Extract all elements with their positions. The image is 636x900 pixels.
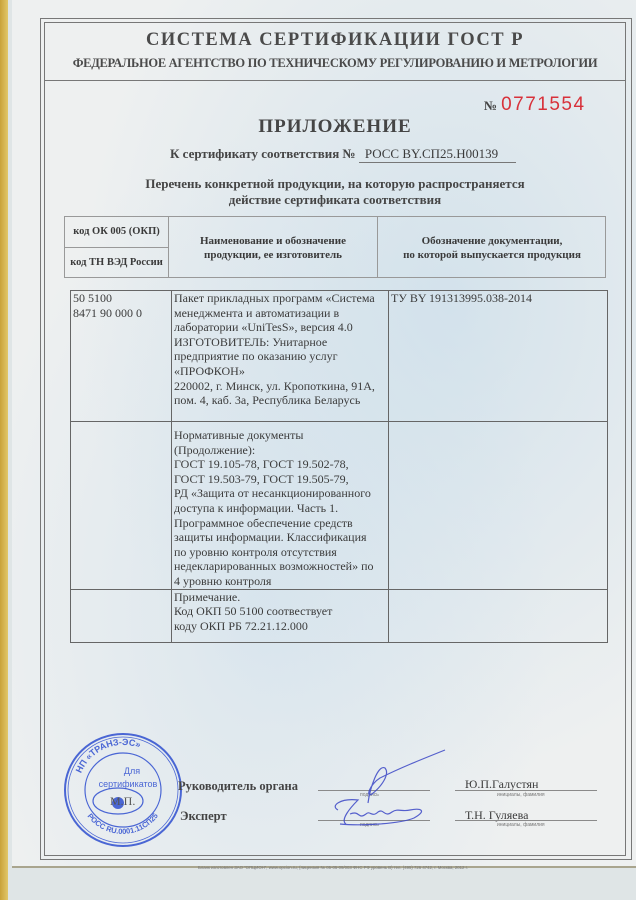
head-name-caption: инициалы, фамилия bbox=[497, 792, 545, 798]
cell-description-line: (Продолжение): bbox=[174, 443, 386, 458]
table-header: код ОК 005 (ОКП) код ТН ВЭД России Наиме… bbox=[64, 216, 606, 278]
cell-description: Примечание.Код ОКП 50 5100 соотвествуетк… bbox=[172, 589, 389, 642]
number-sign: № bbox=[484, 98, 497, 113]
cell-description-line: 4 уровню контроля bbox=[174, 574, 386, 589]
cell-documentation bbox=[389, 422, 608, 590]
list-title-line-1: Перечень конкретной продукции, на котору… bbox=[44, 176, 626, 192]
stamp-ring-bottom: РОСС RU.0001.11СП25 bbox=[86, 811, 160, 836]
cell-description-line: предприятие по оказанию услуг bbox=[174, 349, 386, 364]
form-number-value: 0771554 bbox=[501, 94, 585, 115]
header-product-name: Наименование и обозначение продукции, ее… bbox=[169, 217, 378, 277]
cell-documentation bbox=[389, 589, 608, 642]
cell-description-line: коду ОКП РБ 72.21.12.000 bbox=[174, 619, 386, 634]
cell-description-line: 220002, г. Минск, ул. Кропоткина, 91А, bbox=[174, 379, 386, 394]
cell-description-line: ГОСТ 19.105-78, ГОСТ 19.502-78, bbox=[174, 457, 386, 472]
cell-documentation-line: ТУ BY 191313995.038-2014 bbox=[391, 291, 605, 306]
cell-codes-line: 8471 90 000 0 bbox=[73, 306, 169, 321]
stamp-center-line-1: Для bbox=[124, 766, 140, 776]
cell-description-line: РД «Защита от несанкционированного bbox=[174, 486, 386, 501]
table-row: 50 51008471 90 000 0Пакет прикладных про… bbox=[71, 291, 608, 422]
print-info: Бланк изготовлен ЗАО "ОПЦИОН", www.opcio… bbox=[198, 865, 468, 870]
cell-description-line: по уровню контроля отсутствия bbox=[174, 545, 386, 560]
cell-description: Нормативные документы(Продолжение):ГОСТ … bbox=[172, 422, 389, 590]
table-row: Нормативные документы(Продолжение):ГОСТ … bbox=[71, 422, 608, 590]
agency-title: ФЕДЕРАЛЬНОЕ АГЕНТСТВО ПО ТЕХНИЧЕСКОМУ РЕ… bbox=[44, 56, 626, 71]
form-number: №0771554 bbox=[484, 94, 586, 116]
cell-description-line: Программное обеспечение средств bbox=[174, 516, 386, 531]
cell-codes: 50 51008471 90 000 0 bbox=[71, 291, 172, 422]
svg-text:РОСС RU.0001.11СП25: РОСС RU.0001.11СП25 bbox=[86, 811, 160, 836]
certificate-reference: К сертификату соответствия № РОСС BY.СП2… bbox=[170, 146, 516, 163]
cell-description-line: Код ОКП 50 5100 соотвествует bbox=[174, 604, 386, 619]
outer-mat-edge bbox=[0, 0, 8, 900]
cell-description-line: ИЗГОТОВИТЕЛЬ: Унитарное bbox=[174, 335, 386, 350]
cell-description-line: недекларированных возможностей» по bbox=[174, 559, 386, 574]
appendix-title: ПРИЛОЖЕНИЕ bbox=[44, 116, 626, 138]
table-row: Примечание.Код ОКП 50 5100 соотвествуетк… bbox=[71, 589, 608, 642]
cell-codes bbox=[71, 422, 172, 590]
handwritten-signature-icon bbox=[310, 748, 450, 830]
certificate-number: РОСС BY.СП25.Н00139 bbox=[359, 146, 516, 163]
cell-description-line: Нормативные документы bbox=[174, 428, 386, 443]
header-doc-line-2: по которой выпускается продукция bbox=[379, 248, 605, 262]
expert-name-caption: инициалы, фамилия bbox=[497, 822, 545, 828]
cell-codes bbox=[71, 589, 172, 642]
system-title: СИСТЕМА СЕРТИФИКАЦИИ ГОСТ Р bbox=[44, 30, 626, 51]
list-title-line-2: действие сертификата соответствия bbox=[44, 192, 626, 208]
certificate-label: К сертификату соответствия № bbox=[170, 146, 356, 161]
seal-label: М.П. bbox=[110, 794, 135, 808]
cell-description-line: менеджмента и автоматизации в bbox=[174, 306, 386, 321]
header-divider bbox=[44, 80, 626, 81]
header-tnved-code: код ТН ВЭД России bbox=[65, 248, 168, 277]
expert-name-line bbox=[455, 820, 597, 821]
header-product-line-2: продукции, ее изготовитель bbox=[169, 248, 377, 262]
header-okp-code: код ОК 005 (ОКП) bbox=[65, 217, 168, 248]
cell-description-line: Примечание. bbox=[174, 590, 386, 605]
head-of-body-label: Руководитель органа bbox=[178, 779, 298, 794]
list-title: Перечень конкретной продукции, на котору… bbox=[44, 176, 626, 208]
cell-description-line: пом. 4, каб. 3а, Республика Беларусь bbox=[174, 393, 386, 408]
cell-documentation: ТУ BY 191313995.038-2014 bbox=[389, 291, 608, 422]
expert-label: Эксперт bbox=[180, 809, 227, 824]
header-product-line-1: Наименование и обозначение bbox=[169, 234, 377, 248]
cell-description-line: защиты информации. Классификация bbox=[174, 530, 386, 545]
head-name-line bbox=[455, 790, 597, 791]
cell-description-line: ГОСТ 19.503-79, ГОСТ 19.505-79, bbox=[174, 472, 386, 487]
header-documentation: Обозначение документации, по которой вып… bbox=[379, 217, 605, 277]
cell-description-line: «ПРОФКОН» bbox=[174, 364, 386, 379]
cell-description-line: Пакет прикладных программ «Система bbox=[174, 291, 386, 306]
cell-description-line: доступа к информации. Часть 1. bbox=[174, 501, 386, 516]
cell-description: Пакет прикладных программ «Системаменедж… bbox=[172, 291, 389, 422]
stamp-center-line-2: сертификатов bbox=[99, 779, 158, 789]
cell-codes-line: 50 5100 bbox=[73, 291, 169, 306]
header-doc-line-1: Обозначение документации, bbox=[379, 234, 605, 248]
header-codes-column: код ОК 005 (ОКП) код ТН ВЭД России bbox=[65, 217, 169, 277]
seal-stamp-icon: НП «ТРАНЗ-ЭС» РОСС RU.0001.11СП25 Для се… bbox=[62, 731, 184, 849]
products-table: 50 51008471 90 000 0Пакет прикладных про… bbox=[70, 290, 608, 643]
cell-description-line: лаборатории «UniTesS», версия 4.0 bbox=[174, 320, 386, 335]
